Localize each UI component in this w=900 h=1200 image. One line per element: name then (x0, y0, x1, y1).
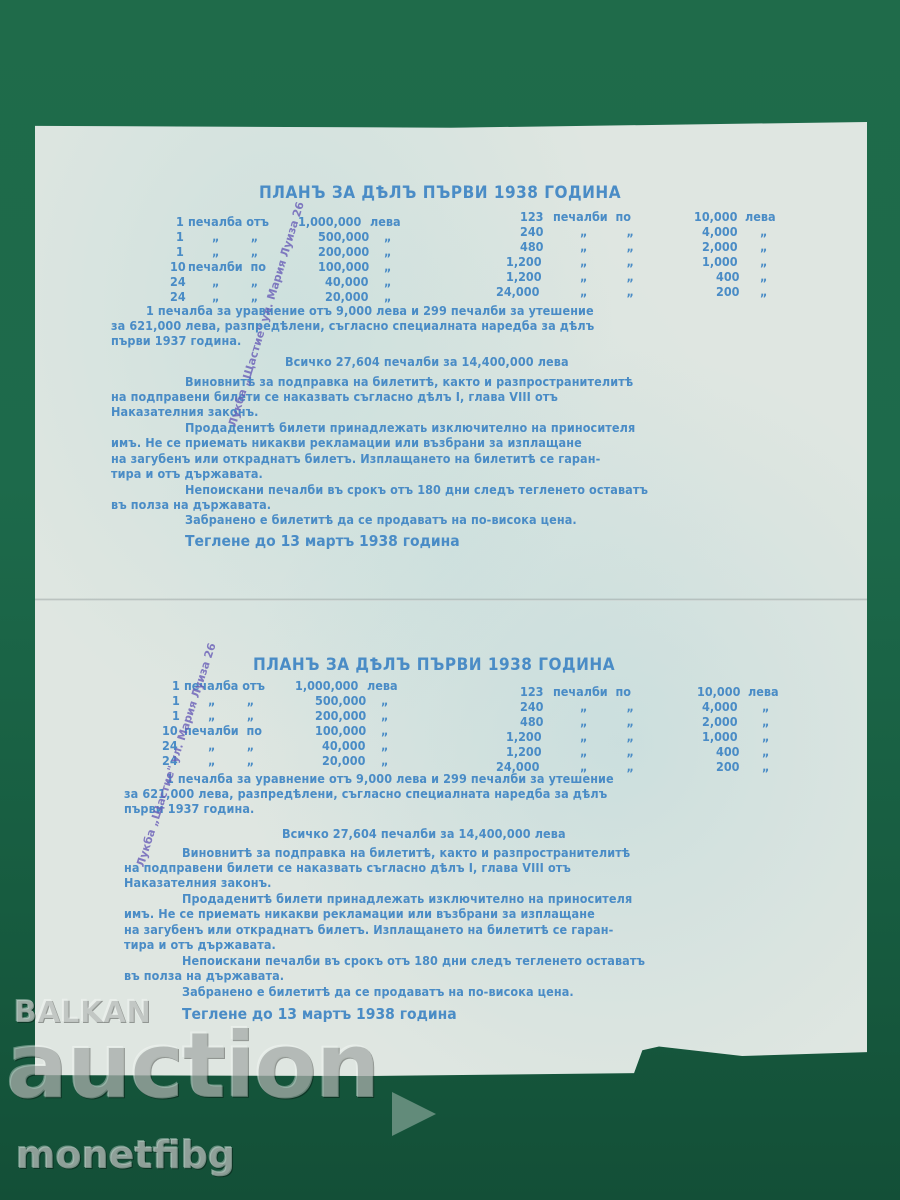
prize-unit: „ (384, 289, 391, 304)
paragraph-line: Забранено е билетитѣ да се продаватъ на … (185, 512, 577, 527)
prize-count: 240 (520, 699, 543, 714)
prize-unit: „ (762, 714, 769, 729)
prize-label: „ „ (208, 693, 254, 708)
consolation-line: 1 печалба за уравнение отъ 9,000 лева и … (146, 303, 594, 318)
play-arrow-icon (392, 1092, 436, 1136)
prize-amount: 10,000 (694, 209, 737, 224)
prize-amount: 1,000,000 (298, 214, 361, 229)
paragraph-line: Непоискани печалби въ срокъ отъ 180 дни … (182, 953, 645, 968)
prize-amount: 200 (716, 759, 739, 774)
prize-count: 1,200 (506, 729, 542, 744)
prize-unit: „ (760, 284, 767, 299)
prize-amount: 400 (716, 269, 739, 284)
prize-count: 480 (520, 239, 543, 254)
prize-label: „ „ (212, 244, 258, 259)
prize-unit: „ (760, 254, 767, 269)
prize-amount: 200,000 (318, 244, 369, 259)
prize-amount: 100,000 (315, 723, 366, 738)
prize-amount: 200 (716, 284, 739, 299)
paragraph-line: тира и отъ държавата. (124, 937, 276, 952)
prize-label: „ „ (580, 699, 634, 714)
prize-label: „ „ (212, 274, 258, 289)
prize-label: печалби по (184, 723, 262, 738)
prize-amount: 40,000 (325, 274, 368, 289)
prize-count: 123 (520, 209, 543, 224)
prize-unit: „ (762, 744, 769, 759)
paragraph-line: на загубенъ или откраднатъ билетъ. Изпла… (111, 451, 600, 466)
plan-title: ПЛАНЪ ЗА ДѢЛЪ ПЪРВИ 1938 ГОДИНА (253, 655, 615, 675)
paragraph-line: Виновнитѣ за подправка на билетитѣ, какт… (182, 845, 630, 860)
prize-label: „ „ (580, 269, 634, 284)
prize-label: печалби по (553, 684, 631, 699)
prize-label: „ „ (580, 224, 634, 239)
prize-label: печалби по (553, 209, 631, 224)
prize-amount: 1,000,000 (295, 678, 358, 693)
plan-title: ПЛАНЪ ЗА ДѢЛЪ ПЪРВИ 1938 ГОДИНА (259, 183, 621, 203)
prize-amount: 100,000 (318, 259, 369, 274)
prize-unit: „ (381, 723, 388, 738)
prize-amount: 500,000 (318, 229, 369, 244)
prize-amount: 4,000 (702, 224, 738, 239)
paragraph-line: на загубенъ или откраднатъ билетъ. Изпла… (124, 922, 613, 937)
prize-label: „ „ (580, 254, 634, 269)
prize-label: печалба отъ (188, 214, 269, 229)
prize-label: „ „ (580, 239, 634, 254)
prize-count: 1 (176, 244, 184, 259)
prize-amount: 500,000 (315, 693, 366, 708)
prize-count: 240 (520, 224, 543, 239)
prize-unit: „ (384, 244, 391, 259)
prize-unit: лева (367, 678, 398, 693)
prize-count: 1 (172, 708, 180, 723)
prize-count: 24 (170, 274, 186, 289)
paragraph-line: имъ. Не се приемать никакви рекламации и… (124, 906, 595, 921)
prize-label: „ „ (212, 289, 258, 304)
prize-unit: „ (384, 229, 391, 244)
paragraph-line: въ полза на държавата. (124, 968, 284, 983)
prize-amount: 400 (716, 744, 739, 759)
consolation-line: първи 1937 година. (111, 333, 241, 348)
prize-label: „ „ (580, 744, 634, 759)
prize-label: печалби по (188, 259, 266, 274)
paragraph-line: на подправени билети се наказвать съглас… (124, 860, 571, 875)
prize-amount: 1,000 (702, 254, 738, 269)
consolation-line: за 621,000 лева, разпредѣлени, съгласно … (124, 786, 607, 801)
prize-unit: „ (760, 224, 767, 239)
prize-count: 1,200 (506, 269, 542, 284)
paragraph-line: Продаденитѣ билети принадлежать изключит… (185, 420, 635, 435)
prize-count: 123 (520, 684, 543, 699)
prize-amount: 200,000 (315, 708, 366, 723)
watermark-monetfibg: monetfibg (16, 1133, 235, 1177)
prize-count: 10 (170, 259, 186, 274)
total-prizes: Всичко 27,604 печалби за 14,400,000 лева (285, 354, 569, 369)
consolation-line: 1 печалба за уравнение отъ 9,000 лева и … (166, 771, 614, 786)
prize-label: „ „ (208, 708, 254, 723)
prize-amount: 10,000 (697, 684, 740, 699)
prize-count: 1 (176, 214, 184, 229)
prize-count: 1,200 (506, 254, 542, 269)
prize-label: „ „ (212, 229, 258, 244)
paragraph-line: Забранено е билетитѣ да се продаватъ на … (182, 984, 574, 999)
prize-count: 1 (172, 678, 180, 693)
prize-count: 1,200 (506, 744, 542, 759)
prize-unit: „ (760, 239, 767, 254)
prize-label: „ „ (208, 753, 254, 768)
prize-label: „ „ (208, 738, 254, 753)
prize-count: 24,000 (496, 284, 539, 299)
prize-count: 24 (170, 289, 186, 304)
prize-unit: „ (384, 274, 391, 289)
watermark-auction: auction (6, 1012, 378, 1119)
prize-unit: „ (762, 759, 769, 774)
prize-unit: „ (760, 269, 767, 284)
prize-amount: 4,000 (702, 699, 738, 714)
paragraph-line: тира и отъ държавата. (111, 466, 263, 481)
prize-amount: 2,000 (702, 239, 738, 254)
prize-unit: лева (370, 214, 401, 229)
prize-unit: „ (381, 693, 388, 708)
prize-unit: лева (745, 209, 776, 224)
consolation-line: първи 1937 година. (124, 801, 254, 816)
prize-count: 1 (176, 229, 184, 244)
prize-unit: „ (384, 259, 391, 274)
prize-label: „ „ (580, 284, 634, 299)
paragraph-line: на подправени билети се наказвать съглас… (111, 389, 558, 404)
draw-date: Теглене до 13 мартъ 1938 година (185, 532, 460, 550)
paragraph-line: Продаденитѣ билети принадлежать изключит… (182, 891, 632, 906)
prize-amount: 20,000 (325, 289, 368, 304)
prize-unit: „ (381, 738, 388, 753)
prize-unit: лева (748, 684, 779, 699)
prize-label: „ „ (580, 714, 634, 729)
prize-label: „ „ (580, 729, 634, 744)
prize-count: 1 (172, 693, 180, 708)
total-prizes: Всичко 27,604 печалби за 14,400,000 лева (282, 826, 566, 841)
prize-unit: „ (381, 753, 388, 768)
paragraph-line: Непоискани печалби въ срокъ отъ 180 дни … (185, 482, 648, 497)
fold-line (35, 598, 867, 601)
prize-count: 480 (520, 714, 543, 729)
prize-amount: 20,000 (322, 753, 365, 768)
prize-unit: „ (762, 699, 769, 714)
prize-unit: „ (381, 708, 388, 723)
consolation-line: за 621,000 лева, разпредѣлени, съгласно … (111, 318, 594, 333)
prize-amount: 2,000 (702, 714, 738, 729)
paragraph-line: въ полза на държавата. (111, 497, 271, 512)
prize-amount: 1,000 (702, 729, 738, 744)
prize-amount: 40,000 (322, 738, 365, 753)
prize-unit: „ (762, 729, 769, 744)
paragraph-line: имъ. Не се приемать никакви рекламации и… (111, 435, 582, 450)
paragraph-line: Наказателния законъ. (124, 875, 272, 890)
